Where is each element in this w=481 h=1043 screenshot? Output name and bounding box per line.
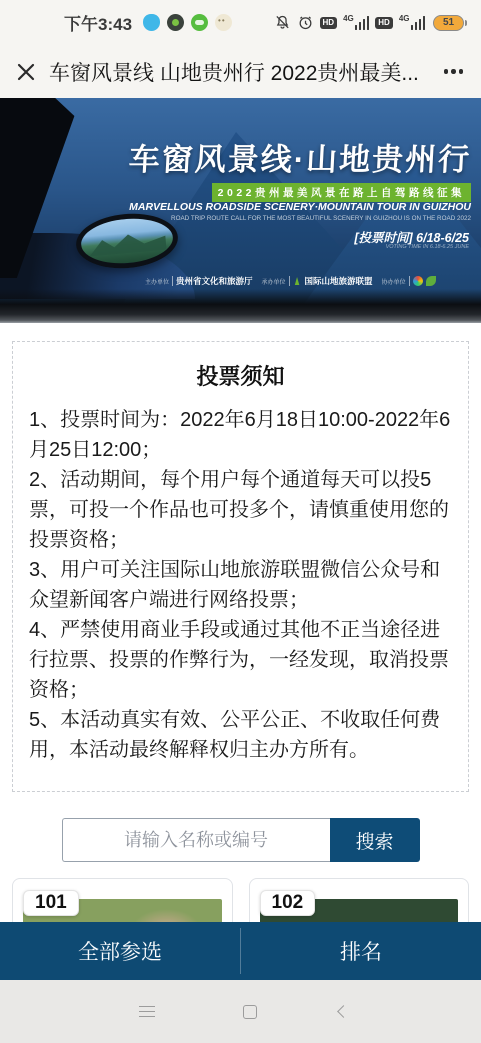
notice-item-2: 2、活动期间，每个用户每个通道每天可以投5票，可投一个作品也可投多个，请慎重使用… — [29, 465, 452, 555]
back-icon[interactable] — [337, 1005, 350, 1018]
notice-item-3: 3、用户可关注国际山地旅游联盟微信公众号和众望新闻客户端进行网络投票； — [29, 555, 452, 615]
browser-title-bar: 车窗风景线 山地贵州行 2022贵州最美... — [0, 45, 481, 98]
tab-ranking[interactable]: 排名 — [241, 922, 481, 980]
partner-logo2-icon — [426, 276, 436, 286]
app-notification-icon-dark — [167, 14, 184, 31]
banner-tagline-en: ROAD TRIP ROUTE CALL FOR THE MOST BEAUTI… — [171, 215, 471, 222]
bell-muted-icon — [274, 14, 291, 31]
hd-icon-2: HD — [375, 17, 393, 29]
banner-subtitle-en: MARVELLOUS ROADSIDE SCENERY·MOUNTAIN TOU… — [129, 201, 471, 213]
signal-strength-icon: 4G — [343, 16, 369, 30]
network-type-label-2: 4G — [399, 15, 410, 23]
banner-vote-time-en: VOTING TIME IN 6.18-6.25 JUNE — [386, 244, 469, 250]
battery-percent: 51 — [443, 17, 454, 28]
partner-logo-icon — [413, 276, 423, 286]
home-icon[interactable] — [243, 1005, 257, 1019]
voting-notice-box: 投票须知 1、投票时间为：2022年6月18日10:00-2022年6月25日1… — [12, 341, 469, 792]
car-dashboard — [0, 289, 481, 323]
banner-title: 车窗风景线·山地贵州行 — [127, 134, 472, 179]
status-bar: 下午3:43 HD 4G HD 4G 51 — [0, 0, 481, 45]
alarm-clock-icon — [297, 14, 314, 31]
imta-logo-icon — [293, 277, 302, 285]
recents-icon[interactable] — [133, 1000, 161, 1024]
notice-title: 投票须知 — [29, 360, 452, 391]
network-type-label: 4G — [343, 15, 354, 23]
qq-notification-icon — [143, 14, 160, 31]
sponsor-organizer: 承办单位 国际山地旅游联盟 — [262, 275, 373, 287]
search-bar: 搜索 — [62, 818, 420, 862]
signal-strength-icon-2: 4G — [399, 16, 425, 30]
notice-item-5: 5、本活动真实有效、公平公正、不收取任何费用，本活动最终解释权归主办方所有。 — [29, 705, 452, 765]
entry-number-badge: 102 — [260, 890, 316, 916]
notice-item-1: 1、投票时间为：2022年6月18日10:00-2022年6月25日12:00； — [29, 405, 452, 465]
app-notification-icon-green — [191, 14, 208, 31]
search-input[interactable] — [62, 818, 330, 862]
android-nav-bar — [0, 980, 481, 1043]
bottom-tab-bar: 全部参选 排名 — [0, 922, 481, 980]
campaign-banner: 车窗风景线·山地贵州行 2022贵州最美风景在路上自驾路线征集 MARVELLO… — [0, 98, 481, 323]
page-title: 车窗风景线 山地贵州行 2022贵州最美... — [49, 57, 429, 87]
hd-icon: HD — [320, 17, 338, 29]
banner-sponsors: 主办单位 贵州省文化和旅游厅 承办单位 国际山地旅游联盟 协办单位 — [145, 275, 477, 287]
app-notification-icon-beige — [215, 14, 232, 31]
search-button[interactable]: 搜索 — [330, 818, 420, 862]
status-left-cluster: 下午3:43 — [64, 10, 232, 35]
battery-icon: 51 — [433, 15, 467, 31]
close-icon[interactable] — [16, 62, 36, 82]
notice-item-4: 4、严禁使用商业手段或通过其他不正当途径进行拉票、投票的作弊行为，一经发现，取消… — [29, 615, 452, 705]
sponsor-partner: 协办单位 — [382, 276, 436, 286]
entry-number-badge: 101 — [23, 890, 79, 916]
status-right-cluster: HD 4G HD 4G 51 — [274, 14, 467, 31]
sponsor-host: 主办单位 贵州省文化和旅游厅 — [145, 275, 253, 287]
status-time: 下午3:43 — [64, 10, 132, 35]
tab-all-entries[interactable]: 全部参选 — [0, 922, 240, 980]
phone-screen: 下午3:43 HD 4G HD 4G 51 — [0, 0, 481, 1043]
banner-subtitle: 2022贵州最美风景在路上自驾路线征集 — [212, 183, 471, 202]
more-icon[interactable] — [442, 63, 466, 80]
